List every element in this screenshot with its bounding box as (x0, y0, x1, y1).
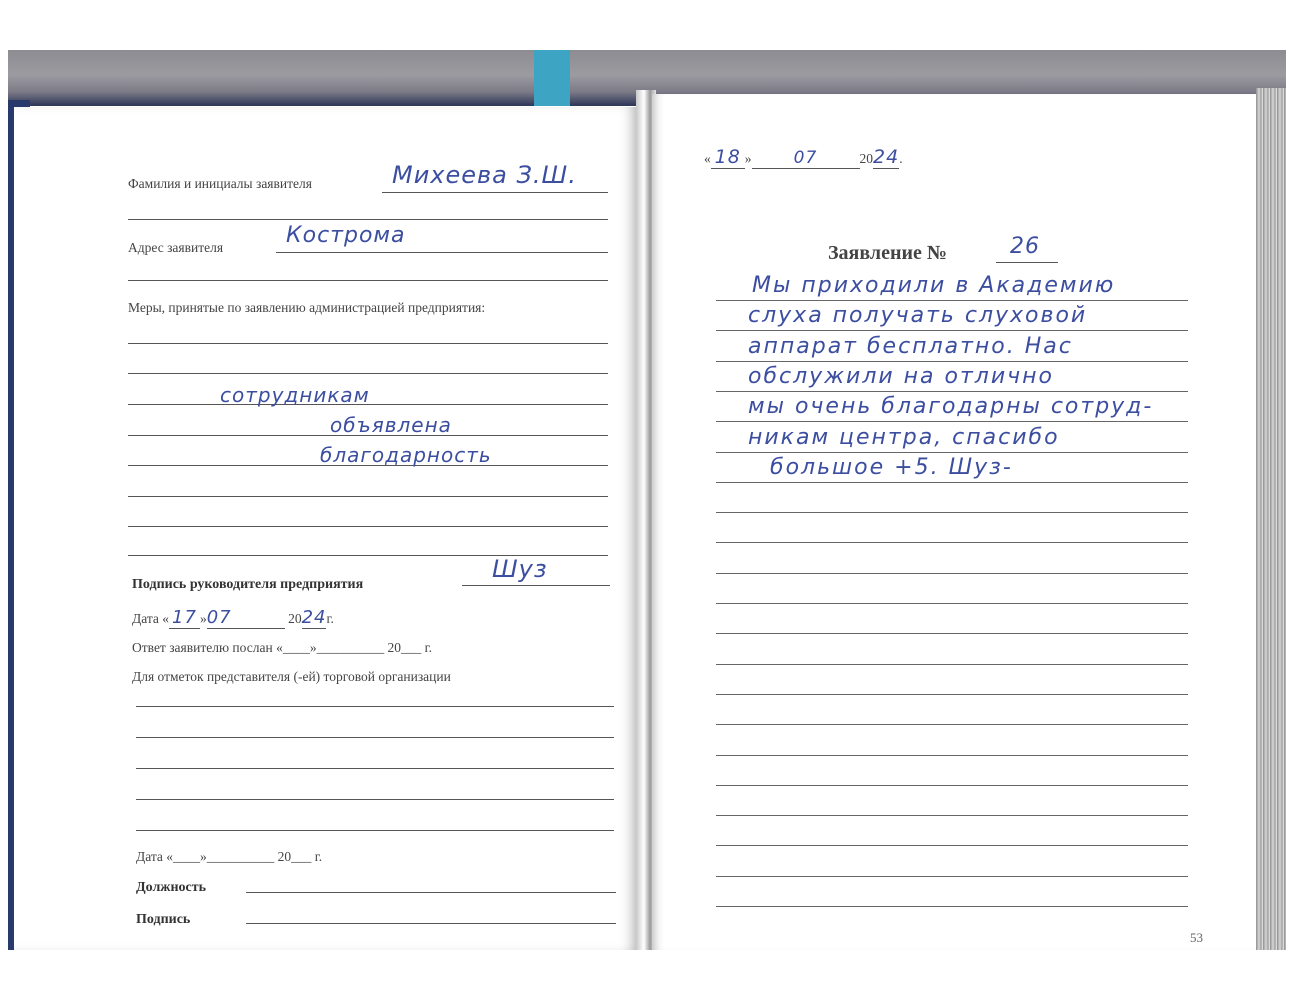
right-page: «18»072024. Заявление № 26 Мы приходили … (652, 94, 1256, 950)
statement-text-line: никам центра, спасибо (748, 425, 1060, 450)
date-separator: » (200, 611, 207, 626)
applicant-address-value: Кострома (286, 223, 406, 248)
statement-date: «18»072024. (704, 146, 903, 169)
measures-handwriting-3: благодарность (320, 443, 492, 467)
ruled-line (716, 421, 1188, 422)
ruled-line (716, 542, 1188, 543)
date-year-prefix: 20 (860, 151, 874, 166)
notes-line (136, 768, 614, 769)
date-year: 24 (302, 607, 327, 629)
statement-text-line: мы очень благодарны сотруд- (748, 394, 1153, 419)
statement-text-line: обслужили на отлично (748, 364, 1054, 389)
applicant-name-value: Михеева З.Ш. (392, 161, 577, 189)
ruled-line (716, 391, 1188, 392)
ruled-line (716, 785, 1188, 786)
statement-text-line: Мы приходили в Академию (752, 273, 1115, 298)
position-label: Должность (136, 880, 206, 896)
ruled-line (716, 452, 1188, 453)
date-label: Дата « (132, 611, 169, 626)
measures-line (128, 526, 608, 527)
statement-date-day: 18 (711, 146, 745, 169)
bookmark-ribbon (534, 50, 570, 106)
measures-handwriting-2: объявлена (330, 413, 452, 437)
ruled-line (716, 906, 1188, 907)
ruled-line (716, 815, 1188, 816)
date-day: 17 (169, 607, 200, 629)
decision-date: Дата «17»07 2024г. (132, 607, 334, 629)
manager-signature-line (462, 585, 610, 586)
statement-text-line: слуха получать слуховой (748, 303, 1087, 328)
ruled-line (716, 664, 1188, 665)
reply-sent-label: Ответ заявителю послан «____»__________ … (132, 640, 432, 656)
page-number: 53 (1190, 930, 1203, 946)
ruled-line (716, 300, 1188, 301)
ruled-line (716, 482, 1188, 483)
statement-title: Заявление № (828, 242, 947, 265)
ruled-line (716, 633, 1188, 634)
ruled-line (716, 876, 1188, 877)
statement-text-line: большое +5. Шуз- (770, 455, 1013, 480)
applicant-name-line (382, 192, 608, 193)
page-stack-edges (1256, 88, 1286, 950)
statement-number: 26 (1010, 234, 1040, 259)
applicant-name-label: Фамилия и инициалы заявителя (128, 176, 312, 192)
ruled-line (716, 694, 1188, 695)
measures-line (128, 496, 608, 497)
blank-line (128, 219, 608, 220)
ruled-line (716, 330, 1188, 331)
notes-line (136, 799, 614, 800)
blank-line (128, 280, 608, 281)
statement-date-month: 07 (752, 148, 860, 169)
signature-line (246, 923, 616, 924)
manager-signature-label: Подпись руководителя предприятия (132, 577, 363, 593)
notes-line (136, 830, 614, 831)
date-suffix: г. (326, 611, 333, 626)
date-close-quote: » (745, 151, 752, 166)
date-year-prefix: 20 (288, 611, 302, 626)
ruled-line (716, 603, 1188, 604)
notes-line (136, 706, 614, 707)
statement-number-line (996, 262, 1058, 263)
position-line (246, 892, 616, 893)
bottom-date-label: Дата «____»__________ 20___ г. (136, 849, 322, 865)
applicant-address-label: Адрес заявителя (128, 240, 223, 256)
statement-date-year: 24 (873, 146, 899, 169)
notes-line (136, 737, 614, 738)
ruled-line (716, 573, 1188, 574)
signature-label: Подпись (136, 912, 190, 928)
date-open-quote: « (704, 151, 711, 166)
ruled-line (716, 724, 1188, 725)
date-dot: . (899, 151, 902, 166)
ruled-line (716, 512, 1188, 513)
measures-line (128, 373, 608, 374)
manager-signature: Шуз (492, 555, 548, 583)
left-page: Фамилия и инициалы заявителя Михеева З.Ш… (14, 107, 640, 950)
measures-label: Меры, принятые по заявлению администраци… (128, 300, 485, 316)
ruled-line (716, 361, 1188, 362)
statement-text-line: аппарат бесплатно. Нас (748, 334, 1073, 359)
date-month: 07 (207, 607, 285, 629)
measures-line (128, 343, 608, 344)
applicant-address-line (276, 252, 608, 253)
org-notes-label: Для отметок представителя (-ей) торговой… (132, 669, 451, 685)
ruled-line (716, 755, 1188, 756)
ruled-line (716, 845, 1188, 846)
measures-handwriting-1: сотрудникам (220, 383, 370, 407)
